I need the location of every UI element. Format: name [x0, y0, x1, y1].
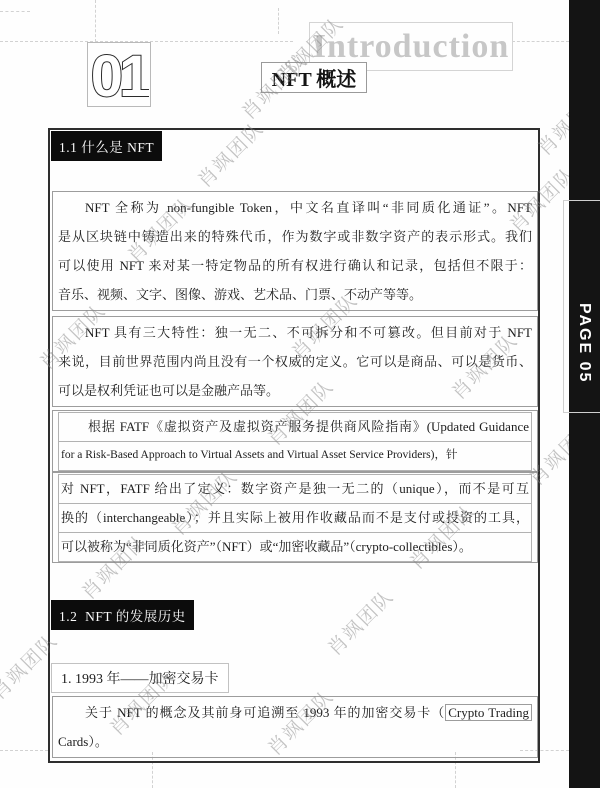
chapter-title-box: NFT 概述: [261, 62, 367, 93]
paragraph-crypto-trading-cards: 关于 NFT 的概念及其前身可追溯至 1993 年的加密交易卡（Crypto T…: [52, 696, 538, 758]
text-line: 换的（interchangeable）；并且实际上被用作收藏品而不是支付或投资的…: [58, 503, 532, 533]
text-line: 对 NFT，FATF 给出了定义：数字资产是独一无二的（unique），而不是可…: [58, 474, 532, 504]
margin-guide: [512, 41, 569, 42]
text-line: Cards）。: [58, 727, 532, 756]
closing-line-prefix: 关于 NFT 的概念及其前身可追溯至 1993 年的加密交易卡（: [85, 705, 445, 720]
subsection-heading-1993: 1. 1993 年——加密交易卡: [51, 663, 229, 693]
crypto-trading-boxed-text: Crypto Trading: [445, 704, 532, 721]
section-heading-1-1: 1.1 什么是 NFT: [51, 131, 162, 161]
text-line: 来说，目前世界范围内尚且没有一个权威的定义。它可以是商品、可以是货币、: [58, 347, 532, 376]
margin-guide: [95, 0, 96, 42]
chapter-title: NFT 概述: [272, 63, 357, 92]
chapter-number-box: 01: [87, 42, 151, 107]
paragraph-fatf-definition: 对 NFT，FATF 给出了定义：数字资产是独一无二的（unique），而不是可…: [52, 472, 538, 563]
text-line: 可以使用 NFT 来对某一特定物品的所有权进行确认和记录，包括但不限于：: [58, 251, 532, 280]
text-line: 音乐、视频、文字、图像、游戏、艺术品、门票、不动产等等。: [58, 280, 532, 309]
text-line: for a Risk-Based Approach to Virtual Ass…: [58, 441, 532, 471]
text-line: NFT 具有三大特性：独一无二、不可拆分和不可篡改。但目前对于 NFT: [58, 318, 532, 347]
page-number-label: PAGE 05: [570, 291, 599, 395]
text-line: 根据 FATF《虚拟资产及虚拟资产服务提供商风险指南》(Updated Guid…: [58, 412, 532, 442]
text-line: NFT 全称为 non-fungible Token，中文名直译叫“非同质化通证…: [58, 193, 532, 222]
intro-label: Introduction: [313, 28, 510, 66]
text-line: 可以被称为“非同质化资产”（NFT）或“加密收藏品”（crypto-collec…: [58, 532, 532, 562]
paragraph-three-traits: NFT 具有三大特性：独一无二、不可拆分和不可篡改。但目前对于 NFT来说，目前…: [52, 316, 538, 407]
document-page: 01 Introduction NFT 概述 1.1 什么是 NFT NFT 全…: [0, 0, 600, 788]
section-heading-1-2: 1.2 NFT 的发展历史: [51, 600, 194, 630]
margin-guide: [0, 11, 30, 12]
chapter-number: 01: [91, 44, 149, 105]
text-line: 可以是权利凭证也可以是金融产品等。: [58, 376, 532, 405]
chapter-number-outline: 01: [89, 44, 149, 105]
margin-guide: [0, 750, 48, 751]
text-line: 是从区块链中铸造出来的特殊代币，作为数字或非数字资产的表示形式。我们: [58, 222, 532, 251]
paragraph-fatf-guidance: 根据 FATF《虚拟资产及虚拟资产服务提供商风险指南》(Updated Guid…: [52, 410, 538, 472]
content-panel: 1.1 什么是 NFT NFT 全称为 non-fungible Token，中…: [48, 128, 540, 763]
paragraph-what-is-nft-1: NFT 全称为 non-fungible Token，中文名直译叫“非同质化通证…: [52, 191, 538, 311]
margin-guide: [278, 8, 279, 34]
text-line: 关于 NFT 的概念及其前身可追溯至 1993 年的加密交易卡（Crypto T…: [58, 698, 532, 727]
